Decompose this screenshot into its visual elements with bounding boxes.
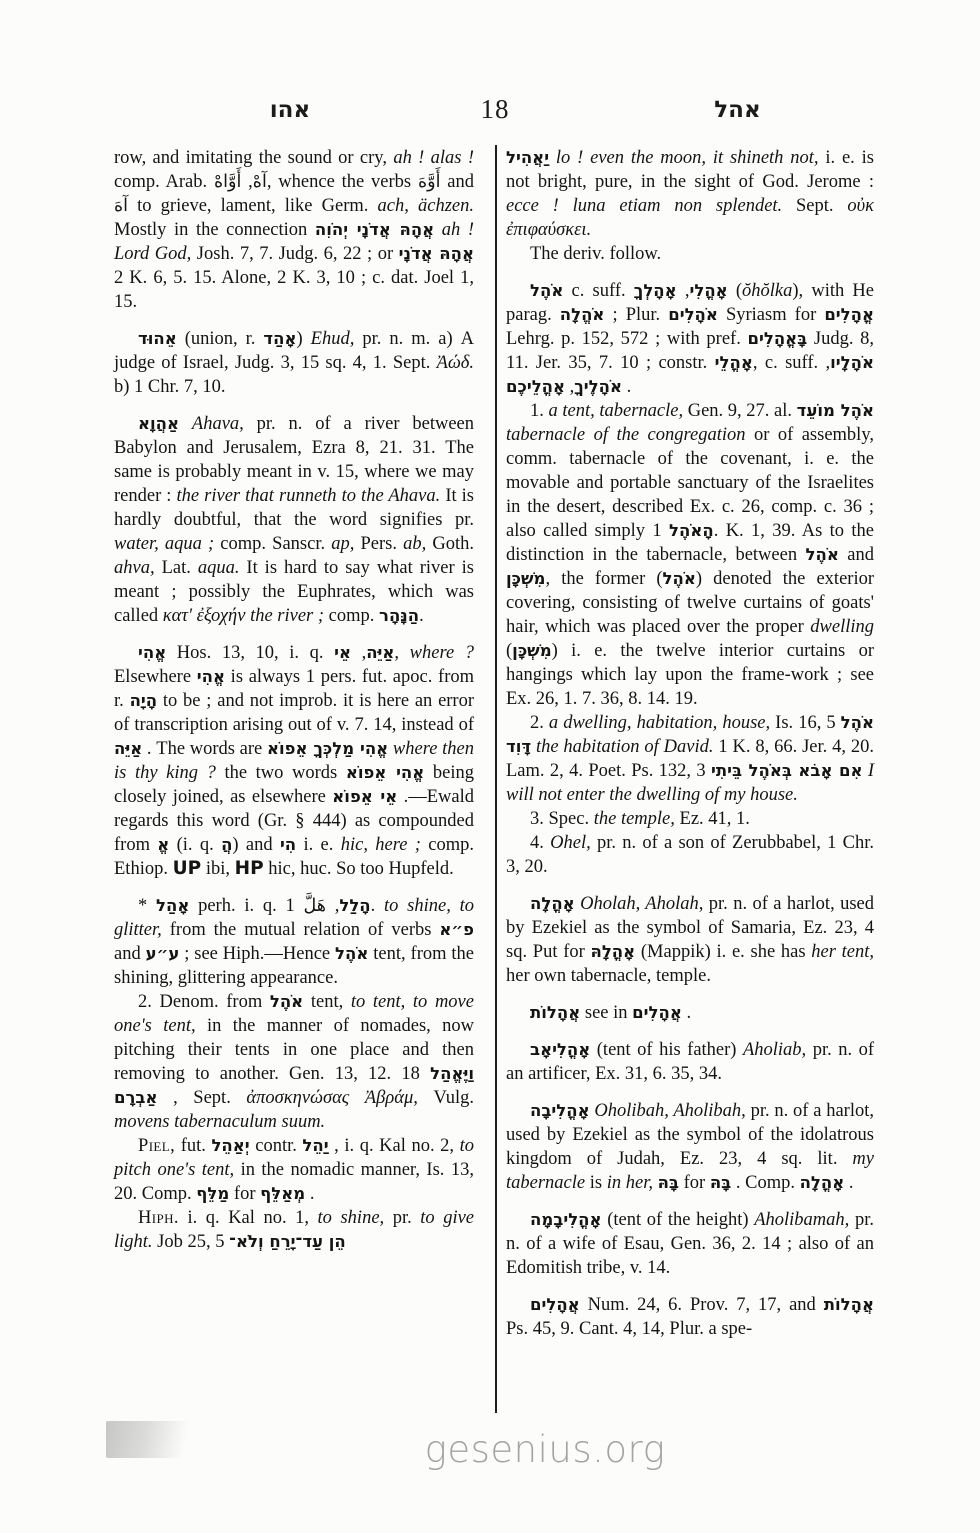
- hebrew-text: אָהַד: [263, 329, 296, 348]
- roman-text: tent,: [303, 992, 351, 1012]
- roman-text: ,: [326, 896, 339, 916]
- lexicon-page: אהו 18 אהל row, and imitating the sound …: [0, 0, 980, 1533]
- roman-text: her own tabernacle, temple.: [506, 966, 711, 986]
- italic-text: a tent, tabernacle,: [549, 401, 684, 421]
- page-number: 18: [435, 94, 555, 125]
- watermark: gesenius.org: [340, 1428, 750, 1471]
- greek-text: κατ' ἐξοχήν: [163, 606, 246, 626]
- entry-paragraph: יַאֲהִיל lo ! even the moon, it shineth …: [506, 146, 874, 242]
- roman-text: ; Plur.: [604, 305, 668, 325]
- hebrew-text: אֱהִי: [197, 667, 225, 686]
- roman-text: Num. 24, 6. Prov. 7, 17, and: [580, 1295, 824, 1315]
- italic-text: Aholiab,: [743, 1040, 806, 1060]
- entry-paragraph: 1. a tent, tabernacle, Gen. 9, 27. al. א…: [506, 399, 874, 711]
- roman-text: (: [728, 281, 742, 301]
- entry-paragraph: The deriv. follow.: [506, 242, 874, 266]
- italic-text: Aholibamah,: [754, 1210, 849, 1230]
- entry-paragraph: Piel, fut. יְאַהֵל contr. יַהֵל , i. q. …: [114, 1134, 474, 1206]
- roman-text: Mostly in the connection: [114, 220, 315, 240]
- hebrew-text: אָהֳלִיבָמָה: [530, 1210, 602, 1229]
- greek-text: Ἀώδ.: [437, 353, 474, 373]
- italic-text: her tent,: [811, 942, 874, 962]
- entry-paragraph: אָהֳלִיבָה Oholibah, Aholibah, pr. n. of…: [506, 1099, 874, 1195]
- hebrew-text: אֹהֶל מוֹעֵד: [797, 401, 874, 420]
- hebrew-text: אַיֵּה: [114, 739, 142, 758]
- roman-text: to be ; and not improb. it is here an er…: [114, 691, 474, 735]
- entry-paragraph: אֲהָלִים Num. 24, 6. Prov. 7, 17, and אֲ…: [506, 1293, 874, 1341]
- roman-text: .: [682, 1003, 691, 1023]
- hebrew-text: אֹהֶל: [270, 992, 303, 1011]
- hebrew-text: אֱהִי אֵפוֹא: [346, 763, 424, 782]
- roman-text: c. suff.: [563, 281, 633, 301]
- italic-text: tabernacle of the congregation: [506, 425, 745, 445]
- roman-text: (tent of the height): [602, 1210, 755, 1230]
- roman-text: , i. q. Kal no. 2,: [329, 1136, 460, 1156]
- roman-text: ,: [241, 172, 252, 192]
- greek-text: ἀποσκηνώσας Ἀβράμ,: [246, 1088, 417, 1108]
- hebrew-text: הִי: [280, 835, 296, 854]
- roman-text: comp.: [324, 606, 379, 626]
- roman-text: comp. Sanscr.: [214, 534, 331, 554]
- entry-paragraph: * אָהַל perh. i. q. הָלַל, هَلَّ 1. to s…: [114, 894, 474, 990]
- italic-text: hic, here ;: [341, 835, 421, 855]
- hebrew-text: אֹהֱלָה: [560, 305, 605, 324]
- hebrew-text: אָהָלְךָ: [634, 281, 677, 300]
- roman-text: from the mutual relation of verbs: [162, 920, 440, 940]
- right-catchword: אהל: [615, 97, 860, 123]
- roman-text: *: [138, 896, 156, 916]
- roman-text: 3. Spec.: [530, 809, 594, 829]
- roman-text: perh. i. q.: [189, 896, 285, 916]
- ethiopic-text: HP: [235, 858, 264, 879]
- italic-text: where ?: [410, 643, 474, 663]
- hebrew-text: אֲהָלוֹת: [530, 1003, 580, 1022]
- hebrew-text: הָלַל: [339, 896, 370, 915]
- hebrew-text: אַהֲוָא: [138, 414, 179, 433]
- roman-text: , c. suff.: [753, 353, 826, 373]
- hebrew-text: הַנָּהָר: [379, 606, 419, 625]
- entry-paragraph: אָהֳלָה Oholah, Aholah, pr. n. of a harl…: [506, 892, 874, 988]
- italic-text: alas !: [431, 148, 474, 168]
- entry-paragraph: אֵהוּד (union, r. אָהַד) Ehud, pr. n. m.…: [114, 327, 474, 399]
- roman-text: (i. q.: [169, 835, 221, 855]
- hebrew-text: אָהֳלִיבָה: [530, 1101, 590, 1120]
- roman-text: 2. Denom. from: [138, 992, 270, 1012]
- roman-text: for: [679, 1173, 710, 1193]
- roman-text: .: [844, 1173, 853, 1193]
- italic-text: the habitation of David.: [536, 737, 714, 757]
- entry-paragraph: 3. Spec. the temple, Ez. 41, 1.: [506, 807, 874, 831]
- hebrew-text: אֵי אֵפוֹא: [332, 787, 397, 806]
- hebrew-text: אָהַל: [156, 896, 189, 915]
- hebrew-text: אָהֳלָה: [800, 1173, 845, 1192]
- roman-text: hic, huc. So too Hupfeld.: [264, 859, 454, 879]
- roman-text: 2.: [530, 713, 549, 733]
- arabic-text: آهَ: [114, 196, 128, 216]
- roman-text: comp. Arab.: [114, 172, 214, 192]
- smallcaps-text: Piel,: [138, 1136, 175, 1156]
- italic-text: Oholibah, Aholibah,: [594, 1101, 745, 1121]
- hebrew-text: מְאַלֵּף: [260, 1184, 305, 1203]
- roman-text: ,: [677, 281, 690, 301]
- hebrew-text: הֵן עַד־יָרֵחַ וְלֹא־: [229, 1232, 346, 1251]
- entry-paragraph: Hiph. i. q. Kal no. 1, to shine, pr. to …: [114, 1206, 474, 1254]
- italic-text: lo ! even the moon, it shineth not,: [556, 148, 819, 168]
- left-catchword: אהו: [170, 97, 410, 123]
- hebrew-text: אֹהָלִים: [668, 305, 718, 324]
- italic-text: the river ;: [250, 606, 324, 626]
- roman-text: Lehrg. p. 152, 572 ; with pref.: [506, 329, 747, 349]
- hebrew-text: אֹהֶל: [530, 281, 563, 300]
- roman-text: is: [585, 1173, 607, 1193]
- entry-paragraph: 2. a dwelling, habitation, house, Is. 16…: [506, 711, 874, 807]
- roman-text: contr.: [250, 1136, 303, 1156]
- entry-paragraph: אָהֳלִיבָמָה (tent of the height) Aholib…: [506, 1208, 874, 1280]
- roman-text: Hos. 13, 10, i. q.: [166, 643, 334, 663]
- roman-text: pr.: [384, 1208, 420, 1228]
- italic-text: Oholah, Aholah,: [580, 894, 703, 914]
- italic-text: Ehud,: [311, 329, 355, 349]
- roman-text: Goth.: [426, 534, 474, 554]
- roman-text: ) and: [232, 835, 280, 855]
- entry-paragraph: אַהֲוָא Ahava, pr. n. of a river between…: [114, 412, 474, 628]
- hebrew-text: אֹהֶל: [335, 944, 368, 963]
- hebrew-text: אֱהִי: [138, 643, 166, 662]
- roman-text: [179, 414, 192, 434]
- roman-text: , the former (: [545, 569, 662, 589]
- roman-text: fut.: [175, 1136, 211, 1156]
- italic-text: dwelling: [810, 617, 874, 637]
- hebrew-text: אֲהָהּ אֲדֹנָי: [399, 244, 474, 263]
- italic-text: aqua.: [198, 558, 240, 578]
- roman-text: .: [419, 606, 424, 626]
- roman-text: [434, 220, 442, 240]
- hebrew-text: אֲהָלִים: [632, 1003, 682, 1022]
- entry-paragraph: אֱהִי Hos. 13, 10, i. q. אַיֵּה, אֵי, wh…: [114, 641, 474, 881]
- hebrew-text: אָהֳלֵיכֶם: [506, 377, 565, 396]
- hebrew-text: מַלֵּף: [196, 1184, 229, 1203]
- italic-text: the temple,: [594, 809, 675, 829]
- entry-paragraph: row, and imitating the sound or cry, ah …: [114, 146, 474, 314]
- roman-text: . The words are: [142, 739, 267, 759]
- roman-text: ): [296, 329, 310, 349]
- roman-text: Elsewhere: [114, 667, 197, 687]
- hebrew-text: אֹהֶל: [663, 569, 696, 588]
- roman-text: ,: [565, 377, 574, 397]
- italic-text: ab,: [403, 534, 426, 554]
- roman-text: , whence the verbs: [267, 172, 418, 192]
- hebrew-text: הָיָה: [130, 691, 158, 710]
- hebrew-text: הֲ: [221, 835, 232, 854]
- arabic-text: هَلَّ: [303, 896, 325, 916]
- roman-text: The deriv. follow.: [530, 244, 661, 264]
- italic-text: to shine,: [318, 1208, 385, 1228]
- roman-text: ,: [394, 643, 409, 663]
- entry-paragraph: אֹהֶל c. suff. אָהֳלִי, אָהָלְךָ (ŏhŏlka…: [506, 279, 874, 399]
- hebrew-text: אֹהָלָיו: [830, 353, 874, 372]
- roman-text: .: [622, 377, 631, 397]
- hebrew-text: אָהֳלָהּ: [590, 942, 635, 961]
- italic-text: water, aqua ;: [114, 534, 214, 554]
- hebrew-text: מִשְׁכָּן: [512, 641, 551, 660]
- hebrew-text: אָהֳלִיאָב: [530, 1040, 590, 1059]
- roman-text: ibi,: [201, 859, 234, 879]
- hebrew-text: אֱהִי מַלְכְּךָ אֵפוֹא: [267, 739, 388, 758]
- hebrew-text: בָּהּ: [710, 1173, 731, 1192]
- italic-text: movens tabernaculum suum.: [114, 1112, 325, 1132]
- roman-text: see in: [580, 1003, 632, 1023]
- italic-text: Ohel,: [550, 833, 591, 853]
- italic-text: ahva,: [114, 558, 155, 578]
- roman-text: Ez. 41, 1.: [675, 809, 750, 829]
- roman-text: ) i. e. the twelve interior curtains or …: [506, 641, 874, 709]
- italic-text: Ahava,: [192, 414, 244, 434]
- hebrew-text: אֹהָלֶיךָ: [574, 377, 622, 396]
- roman-text: and: [440, 172, 474, 192]
- hebrew-text: יְאַהֵל: [211, 1136, 249, 1155]
- roman-text: row, and imitating the sound or cry,: [114, 148, 393, 168]
- hebrew-text: בָּאֳהָלִים: [747, 329, 807, 348]
- hebrew-text: פ״א: [439, 920, 474, 939]
- roman-text: and: [839, 545, 874, 565]
- roman-text: (union, r.: [177, 329, 264, 349]
- column-divider-rule: [495, 145, 497, 1413]
- left-column: row, and imitating the sound or cry, ah …: [114, 146, 474, 1254]
- hebrew-text: אֵי: [334, 643, 351, 662]
- roman-text: , Sept.: [158, 1088, 247, 1108]
- roman-text: and: [114, 944, 146, 964]
- roman-text: (Mappik) i. e. she has: [635, 942, 811, 962]
- italic-text: ah !: [393, 148, 424, 168]
- hebrew-text: מִשְׁכָּן: [506, 569, 545, 588]
- italic-text: in her,: [607, 1173, 653, 1193]
- roman-text: .: [305, 1184, 314, 1204]
- roman-text: 4.: [530, 833, 550, 853]
- roman-text: for: [229, 1184, 260, 1204]
- roman-text: i. e.: [296, 835, 341, 855]
- hebrew-text: בָּהּ: [658, 1173, 679, 1192]
- italic-text: ach, ächzen.: [378, 196, 474, 216]
- hebrew-text: אָהֳלָה: [530, 894, 575, 913]
- hebrew-text: אֲהָהּ אֲדֹנָי יְהֹוִה: [315, 220, 434, 239]
- roman-text: Sept.: [782, 196, 847, 216]
- arabic-text: آهْ: [253, 172, 267, 192]
- hebrew-text: אָהֳלֵי: [715, 353, 753, 372]
- roman-text: ; see Hiph.—Hence: [179, 944, 335, 964]
- hebrew-text: אָהֳלִי: [689, 281, 727, 300]
- roman-text: Gen. 9, 27. al.: [683, 401, 797, 421]
- entry-paragraph: 2. Denom. from אֹהֶל tent, to tent, to m…: [114, 990, 474, 1134]
- hebrew-text: אַיֵּה: [366, 643, 394, 662]
- roman-text: Is. 16, 5: [770, 713, 841, 733]
- hebrew-text: אֲהָלוֹת: [824, 1295, 874, 1314]
- roman-text: Vulg.: [418, 1088, 474, 1108]
- arabic-text: أَوَّهَ: [418, 172, 440, 192]
- roman-text: (tent of his father): [590, 1040, 743, 1060]
- ethiopic-text: UP: [173, 858, 202, 879]
- roman-text: [549, 148, 556, 168]
- roman-text: Ps. 45, 9. Cant. 4, 14, Plur. a spe-: [506, 1319, 752, 1339]
- hebrew-text: הָאֹהֶל: [669, 521, 714, 540]
- italic-text: a dwelling, habitation, house,: [549, 713, 770, 733]
- roman-text: Syriasm for: [718, 305, 824, 325]
- hebrew-text: יַהֵל: [302, 1136, 328, 1155]
- arabic-text: أَوَّاهْ: [214, 172, 241, 192]
- roman-text: i. q. Kal no. 1,: [179, 1208, 318, 1228]
- italic-text: ŏhŏlka: [742, 281, 792, 301]
- roman-text: b) 1 Chr. 7, 10.: [114, 377, 226, 397]
- roman-text: . Comp.: [731, 1173, 799, 1193]
- smallcaps-text: Hiph.: [138, 1208, 179, 1228]
- roman-text: 1.: [530, 401, 549, 421]
- hebrew-text: אֲהָלִים: [530, 1295, 580, 1314]
- hebrew-text: אֳהָלִים: [824, 305, 874, 324]
- roman-text: the two words: [216, 763, 346, 783]
- entry-paragraph: אֲהָלוֹת see in אֲהָלִים .: [506, 1001, 874, 1025]
- hebrew-text: אֵהוּד: [138, 329, 177, 348]
- roman-text: 2 K. 6, 5. 15. Alone, 2 K. 3, 10 ; c. da…: [114, 268, 474, 312]
- hebrew-text: אִם אָבֹא בְּאֹהֶל בֵּיתִי: [711, 761, 862, 780]
- entry-paragraph: 4. Ohel, pr. n. of a son of Zerubbabel, …: [506, 831, 874, 879]
- entry-paragraph: אָהֳלִיאָב (tent of his father) Aholiab,…: [506, 1038, 874, 1086]
- roman-text: Josh. 7, 7. Judg. 6, 22 ; or: [191, 244, 398, 264]
- roman-text: to grieve, lament, like Germ.: [128, 196, 377, 216]
- hebrew-text: יַאֲהִיל: [506, 148, 549, 167]
- hebrew-text: ע״ע: [146, 944, 180, 963]
- italic-text: the river that runneth to the Ahava.: [177, 486, 441, 506]
- roman-text: Lat.: [155, 558, 198, 578]
- right-column: יַאֲהִיל lo ! even the moon, it shineth …: [506, 146, 874, 1341]
- roman-text: Pers.: [354, 534, 403, 554]
- italic-text: ecce ! luna etiam non splendet.: [506, 196, 782, 216]
- roman-text: Job 25, 5: [153, 1232, 230, 1252]
- hebrew-text: אֱ: [157, 835, 169, 854]
- italic-text: ap,: [331, 534, 354, 554]
- roman-text: ,: [351, 643, 366, 663]
- scan-smudge-artifact: [106, 1421, 194, 1458]
- hebrew-text: אֹהֶל: [806, 545, 839, 564]
